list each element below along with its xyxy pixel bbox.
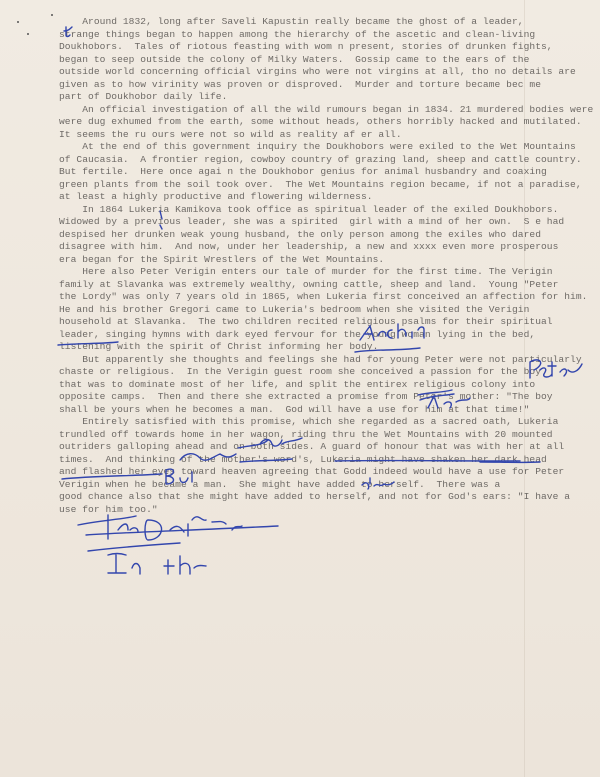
typed-line: green plants from the soil took over. Th… — [59, 179, 600, 192]
typed-line: An official investigation of all the wil… — [59, 104, 600, 117]
typed-line: the Lordy" was only 7 years old in 1865,… — [59, 291, 600, 304]
margin-speck — [17, 21, 19, 23]
typed-line: that was to dominate most of her life, a… — [59, 379, 600, 392]
typed-line: given as to how virinity was proven or d… — [59, 79, 600, 92]
typed-line: listening with the spirit of Christ info… — [59, 341, 600, 354]
typed-manuscript-page: Around 1832, long after Saveli Kapustin … — [0, 0, 600, 777]
typed-line: good chance also that she might have add… — [59, 491, 600, 504]
typed-line: outriders galloping ahead and on both si… — [59, 441, 600, 454]
typed-line: and flashed her eyes toward heaven agree… — [59, 466, 600, 479]
typed-line: trundled off towards home in her wagon, … — [59, 429, 600, 442]
typed-line: of Caucasia. A frontier region, cowboy c… — [59, 154, 600, 167]
typed-line: It seems the ru ours were not so wild as… — [59, 129, 600, 142]
typed-line: part of Doukhobor daily life. — [59, 91, 600, 104]
typed-line: At the end of this government inquiry th… — [59, 141, 600, 154]
typed-line: strange things began to happen among the… — [59, 29, 600, 42]
typed-line: Entirely satisfied with this promise, wh… — [59, 416, 600, 429]
typed-line: began to seep outside the colony of Milk… — [59, 54, 600, 67]
typed-line: Verigin when he became a man. She might … — [59, 479, 600, 492]
typed-line: opposite camps. Then and there she extra… — [59, 391, 600, 404]
typed-line: chaste or religious. In the Verigin gues… — [59, 366, 600, 379]
typed-line: disagree with him. And now, under her le… — [59, 241, 600, 254]
typed-line: were dug exhumed from the earth, some wi… — [59, 116, 600, 129]
typed-line: But apparently she thoughts and feelings… — [59, 354, 600, 367]
typed-line: era began for the Spirit Wrestlers of th… — [59, 254, 600, 267]
typed-line: He and his brother Gregori came to Luker… — [59, 304, 600, 317]
typewritten-text: Around 1832, long after Saveli Kapustin … — [59, 16, 600, 516]
margin-speck — [27, 33, 29, 35]
margin-speck — [51, 14, 53, 16]
typed-line: Here also Peter Verigin enters our tale … — [59, 266, 600, 279]
typed-line: household at Slavanka. The two children … — [59, 316, 600, 329]
typed-line: despised her drunken weak young husband,… — [59, 229, 600, 242]
typed-line: shall be yours when he becomes a man. Go… — [59, 404, 600, 417]
typed-line: But fertile. Here once agai n the Doukho… — [59, 166, 600, 179]
typed-line: outside world concerning official virgin… — [59, 66, 600, 79]
typed-line: In 1864 Lukeria Kamikova took office as … — [59, 204, 600, 217]
typed-line: leader, singing hymns with dark eyed fer… — [59, 329, 600, 342]
typed-line: times. And thinking of the mother's word… — [59, 454, 600, 467]
typed-line: Widowed by a previous leader, she was a … — [59, 216, 600, 229]
typed-line: Doukhobors. Tales of riotous feasting wi… — [59, 41, 600, 54]
typed-line: Around 1832, long after Saveli Kapustin … — [59, 16, 600, 29]
typed-line: use for him too." — [59, 504, 600, 517]
typed-line: family at Slavanka was extremely wealthy… — [59, 279, 600, 292]
typed-line: at least a highly productive and floweri… — [59, 191, 600, 204]
